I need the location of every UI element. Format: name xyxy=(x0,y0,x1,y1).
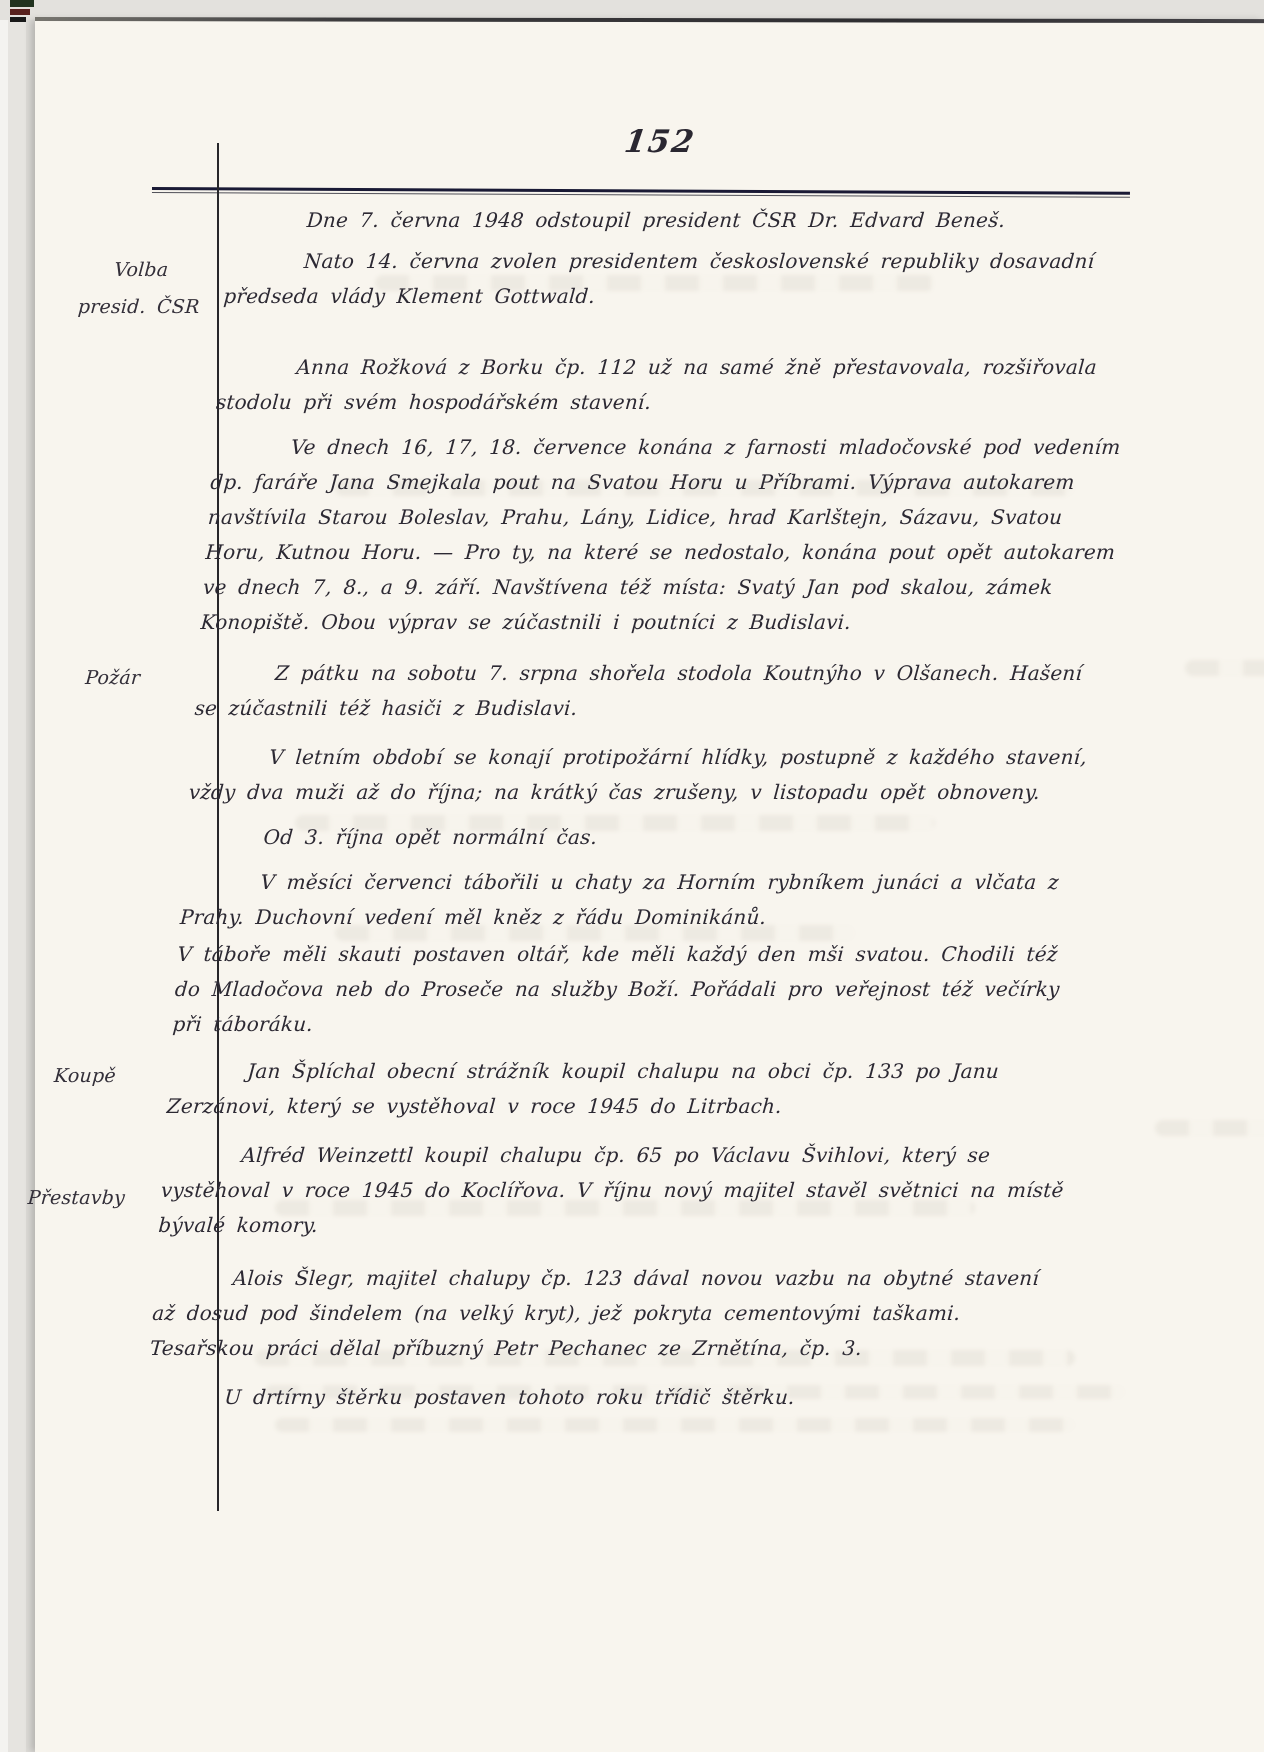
margin-note: Volbapresid. ČSR xyxy=(61,252,218,326)
paragraph-text: V letním období se konají protipožární h… xyxy=(188,745,1088,804)
paragraph: U drtírny štěrku postaven tohoto roku tř… xyxy=(145,1380,1062,1415)
paragraph: Volbapresid. ČSRNato 14. června zvolen p… xyxy=(222,244,1142,314)
paragraph: V letním období se konají protipožární h… xyxy=(188,740,1108,810)
scan-corner-artifacts xyxy=(10,0,34,22)
paragraph: V měsíci červenci tábořili u chaty za Ho… xyxy=(179,865,1099,935)
paragraph-text: Anna Rožková z Borku čp. 112 už na samé … xyxy=(215,355,1097,414)
paragraph-text: U drtírny štěrku postaven tohoto roku tř… xyxy=(224,1385,796,1409)
paragraph: Alois Šlegr, majitel chalupy čp. 123 dáv… xyxy=(149,1261,1071,1366)
paragraph-text: Z pátku na sobotu 7. srpna shořela stodo… xyxy=(194,661,1083,720)
paragraph: V táboře měli skauti postaven oltář, kde… xyxy=(171,937,1093,1042)
paragraph: PožárZ pátku na sobotu 7. srpna shořela … xyxy=(193,656,1113,726)
paragraph-text: Alois Šlegr, majitel chalupy čp. 123 dáv… xyxy=(149,1266,1040,1360)
paragraph-text: V táboře měli skauti postaven oltář, kde… xyxy=(172,942,1061,1036)
bleed-through-smudge xyxy=(275,1418,1075,1432)
bleed-through-smudge xyxy=(1155,1120,1264,1136)
paragraph: PřestavbyAlfréd Weinzettl koupil chalupu… xyxy=(157,1138,1079,1243)
paragraph-text: Jan Šplíchal obecní strážník koupil chal… xyxy=(166,1059,1000,1118)
paragraph-text: Od 3. října opět normální čas. xyxy=(263,825,598,849)
paragraph: KoupěJan Šplíchal obecní strážník koupil… xyxy=(166,1054,1086,1124)
paragraph-text: Dne 7. června 1948 odstoupil president Č… xyxy=(306,208,1006,232)
paragraph-text: V měsíci červenci tábořili u chaty za Ho… xyxy=(179,870,1059,929)
margin-note: Koupě xyxy=(8,1058,163,1095)
paragraph: Ve dnech 16, 17, 18. července konána z f… xyxy=(199,430,1129,640)
paragraph-text: Ve dnech 16, 17, 18. července konána z f… xyxy=(200,435,1122,634)
paragraph: Anna Rožková z Borku čp. 112 už na samé … xyxy=(215,350,1135,420)
margin-note: Přestavby xyxy=(0,1180,154,1217)
margin-note: Požár xyxy=(35,660,190,697)
bleed-through-smudge xyxy=(1185,660,1264,676)
paragraph: Od 3. října opět normální čas. xyxy=(184,820,1101,855)
paragraph-text: Alfréd Weinzettl koupil chalupu čp. 65 p… xyxy=(158,1143,1065,1237)
paragraph: Dne 7. června 1948 odstoupil president Č… xyxy=(228,203,1145,238)
text-body: Dne 7. června 1948 odstoupil president Č… xyxy=(0,203,1145,1415)
paragraph-text: Nato 14. června zvolen presidentem česko… xyxy=(223,249,1095,308)
page-number: 152 xyxy=(557,124,762,160)
